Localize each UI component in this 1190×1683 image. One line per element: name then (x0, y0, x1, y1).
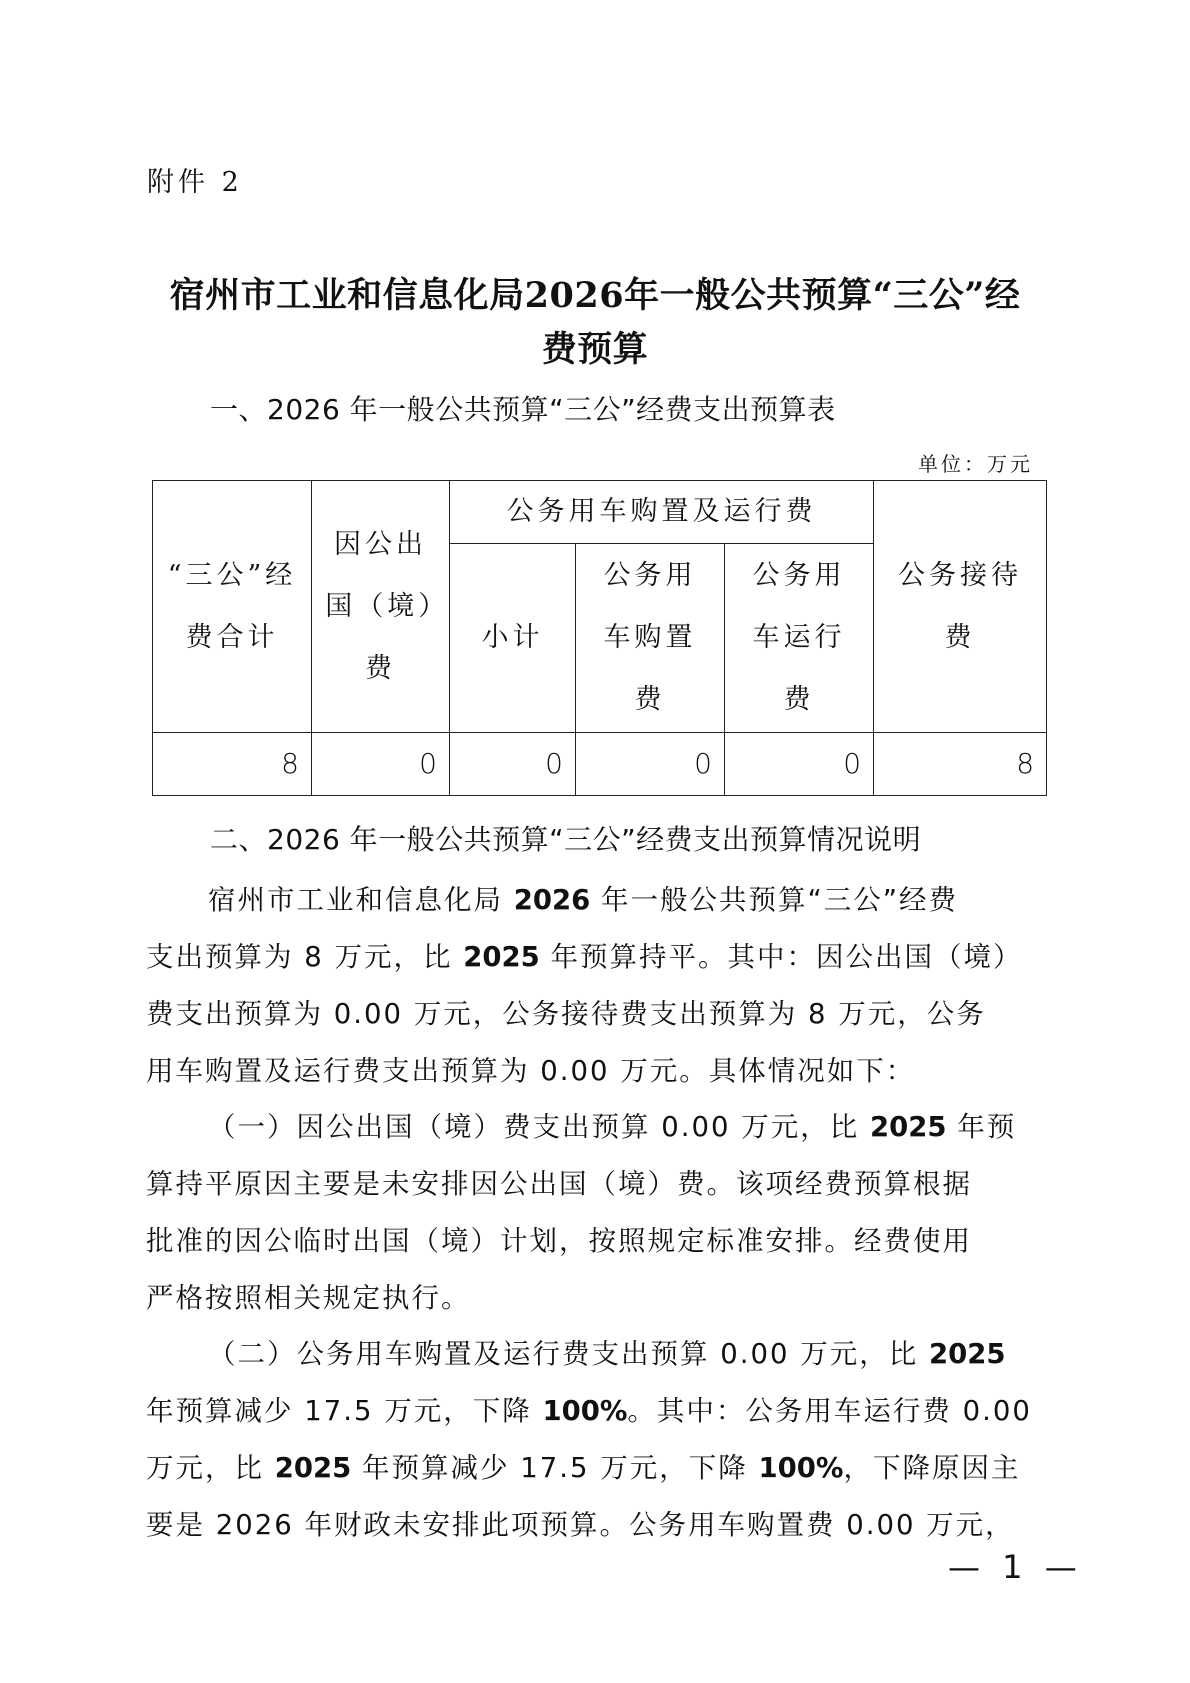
paragraph-vehicle-expense: （二）公务用车购置及运行费支出预算 0.00 万元，比 2025 年预算减少 1… (146, 1326, 1046, 1554)
table-row: 8 0 0 0 0 8 (153, 733, 1047, 796)
header-reception: 公务接待费 (874, 481, 1047, 733)
paragraph-line: 宿州市工业和信息化局 2026 年一般公共预算“三公”经费 (146, 872, 1046, 929)
paragraph-line: 费支出预算为 0.00 万元，公务接待费支出预算为 8 万元，公务 (146, 986, 1046, 1043)
paragraph-line: （二）公务用车购置及运行费支出预算 0.00 万元，比 2025 (146, 1326, 1046, 1383)
paragraph-line: 年预算减少 17.5 万元，下降 100%。其中：公务用车运行费 0.00 (146, 1383, 1046, 1440)
paragraph-line: 用车购置及运行费支出预算为 0.00 万元。具体情况如下： (146, 1043, 1046, 1100)
paragraph-line: 万元，比 2025 年预算减少 17.5 万元，下降 100%，下降原因主 (146, 1440, 1046, 1497)
header-vehicle-group: 公务用车购置及运行费 (450, 481, 874, 544)
paragraph-line: （一）因公出国（境）费支出预算 0.00 万元，比 2025 年预 (146, 1099, 1046, 1156)
paragraph-line: 要是 2026 年财政未安排此项预算。公务用车购置费 0.00 万元， (146, 1497, 1046, 1554)
section2-heading: 二、2026 年一般公共预算“三公”经费支出预算情况说明 (210, 818, 921, 858)
three-public-expenses-table: “三公”经费合计 因公出国（境）费 公务用车购置及运行费 公务接待费 小计 公务… (152, 480, 1047, 796)
paragraph-summary: 宿州市工业和信息化局 2026 年一般公共预算“三公”经费 支出预算为 8 万元… (146, 872, 1046, 1100)
attachment-label: 附件 2 (147, 160, 243, 199)
paragraph-line: 支出预算为 8 万元，比 2025 年预算持平。其中：因公出国（境） (146, 929, 1046, 986)
document-title-line2: 费预算 (140, 322, 1050, 372)
paragraph-line: 严格按照相关规定执行。 (146, 1270, 1046, 1327)
value-vehicle-subtotal: 0 (450, 733, 576, 796)
paragraph-line: 批准的因公临时出国（境）计划，按照规定标准安排。经费使用 (146, 1213, 1046, 1270)
value-vehicle-purchase: 0 (576, 733, 725, 796)
header-abroad: 因公出国（境）费 (312, 481, 450, 733)
header-vehicle-subtotal: 小计 (450, 544, 576, 733)
document-title-line1: 宿州市工业和信息化局2026年一般公共预算“三公”经 (140, 268, 1050, 318)
unit-label: 单位：万元 (918, 448, 1033, 477)
header-vehicle-operation: 公务用车运行费 (725, 544, 874, 733)
header-total: “三公”经费合计 (153, 481, 312, 733)
header-vehicle-purchase: 公务用车购置费 (576, 544, 725, 733)
page-number: — 1 — (948, 1548, 1083, 1586)
value-total: 8 (153, 733, 312, 796)
paragraph-line: 算持平原因主要是未安排因公出国（境）费。该项经费预算根据 (146, 1156, 1046, 1213)
value-abroad: 0 (312, 733, 450, 796)
paragraph-abroad-expense: （一）因公出国（境）费支出预算 0.00 万元，比 2025 年预 算持平原因主… (146, 1099, 1046, 1327)
section1-heading: 一、2026 年一般公共预算“三公”经费支出预算表 (210, 388, 836, 428)
value-reception: 8 (874, 733, 1047, 796)
value-vehicle-operation: 0 (725, 733, 874, 796)
